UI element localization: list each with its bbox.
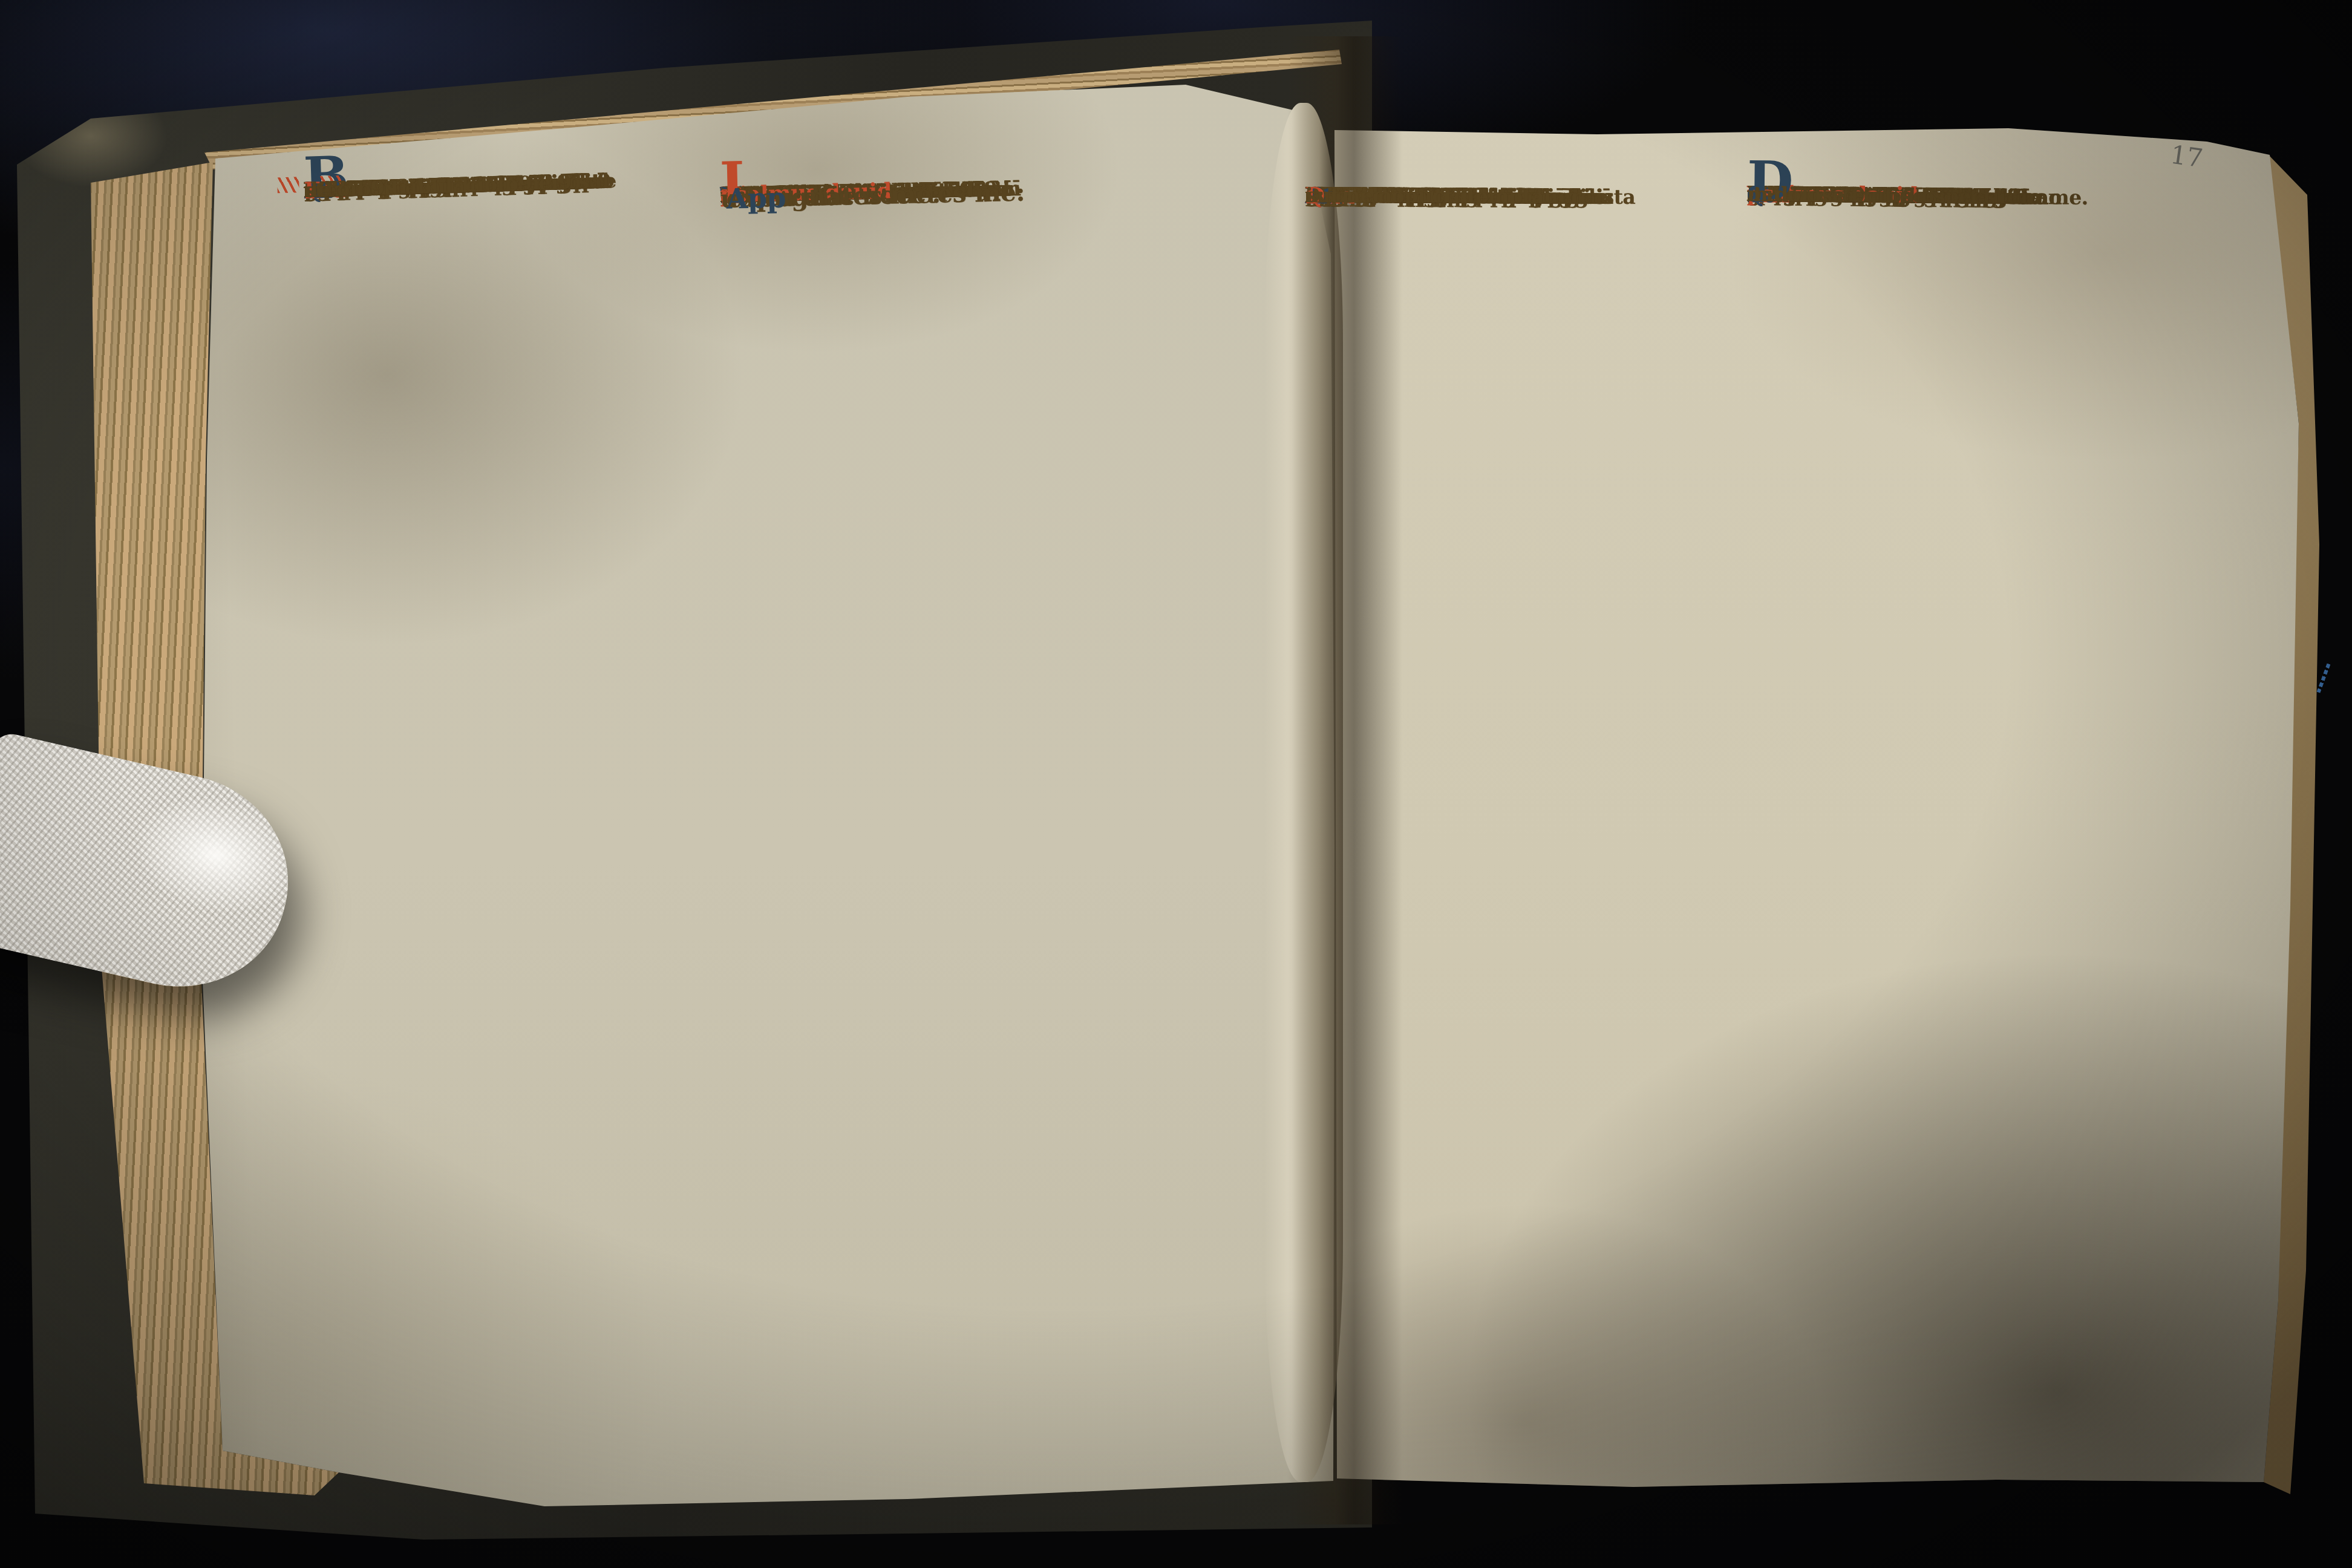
text-span: sūt nec opūcti temptauer bbox=[1305, 181, 1581, 211]
text-span: m dolose egit: ī ōspectu bbox=[1747, 180, 2007, 211]
pen-flourish bbox=[277, 177, 299, 193]
manuscript-photo-scene: taciones cordis eius in genācione et gen… bbox=[0, 0, 2352, 1568]
folio-number: 17 bbox=[2169, 140, 2205, 174]
gutter-shadow bbox=[1287, 36, 1402, 1524]
illuminated-initial: App bbox=[726, 180, 786, 217]
